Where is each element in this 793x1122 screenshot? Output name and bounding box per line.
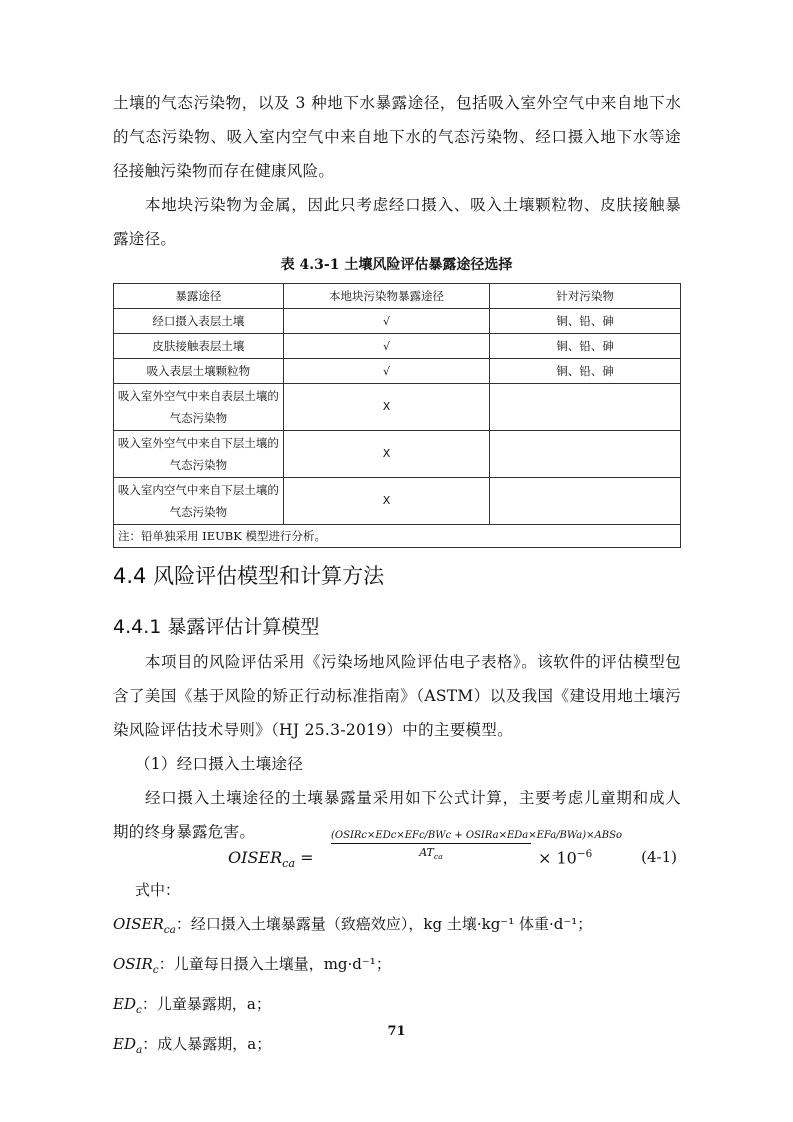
cell-pathway: 吸入室外空气中来自表层土壤的 气态污染物	[114, 384, 284, 431]
table-row: 吸入室内空气中来自下层土壤的 气态污染物 X	[114, 478, 681, 525]
cell-pathway-line2: 气态污染物	[114, 454, 283, 476]
intro-paragraph-1: 土壤的气态污染物，以及 3 种地下水暴露途径，包括吸入室外空气中来自地下水的气态…	[113, 86, 681, 188]
cell-pathway: 吸入室外空气中来自下层土壤的 气态污染物	[114, 431, 284, 478]
intro-paragraph-2: 本地块污染物为金属，因此只考虑经口摄入、吸入土壤颗粒物、皮肤接触暴露途径。	[113, 188, 681, 256]
cell-pathway: 经口摄入表层土壤	[114, 309, 284, 334]
table-note-row: 注：铅单独采用 IEUBK 模型进行分析。	[114, 525, 681, 548]
cell-pollutants: 铜、铅、砷	[490, 359, 681, 384]
cell-selected: √	[283, 359, 490, 384]
formula-lhs: OISERca =	[228, 848, 314, 870]
header-pollutants: 针对污染物	[490, 284, 681, 309]
definition-item: EDc：儿童暴露期，a；	[113, 987, 681, 1027]
definition-item: OISERca：经口摄入土壤暴露量（致癌效应），kg 土壤·kg⁻¹ 体重·d⁻…	[113, 907, 681, 947]
cell-pathway: 皮肤接触表层土壤	[114, 334, 284, 359]
cell-selected: X	[283, 478, 490, 525]
cell-pathway-line2: 气态污染物	[114, 407, 283, 429]
definitions-intro: 式中：	[113, 873, 681, 907]
cell-pollutants	[490, 431, 681, 478]
cell-selected: √	[283, 334, 490, 359]
section-heading-4-4: 4.4 风险评估模型和计算方法	[113, 560, 384, 590]
cell-selected: √	[283, 309, 490, 334]
header-pathway: 暴露途径	[114, 284, 284, 309]
cell-pathway: 吸入表层土壤颗粒物	[114, 359, 284, 384]
table-caption: 表 4.3-1 土壤风险评估暴露途径选择	[0, 254, 793, 274]
document-page: 土壤的气态污染物，以及 3 种地下水暴露途径，包括吸入室外空气中来自地下水的气态…	[0, 0, 793, 1122]
formula-denominator: ATca	[331, 844, 531, 861]
definition-item: OSIRc：儿童每日摄入土壤量，mg·d⁻¹；	[113, 947, 681, 987]
cell-pollutants	[490, 478, 681, 525]
model-description-paragraph: 本项目的风险评估采用《污染场地风险评估电子表格》。该软件的评估模型包含了美国《基…	[113, 645, 681, 747]
cell-pathway-line1: 吸入室内空气中来自下层土壤的	[114, 479, 283, 501]
cell-pathway-line1: 吸入室外空气中来自表层土壤的	[114, 385, 283, 407]
table-note: 注：铅单独采用 IEUBK 模型进行分析。	[114, 525, 681, 548]
cell-pollutants	[490, 384, 681, 431]
page-number: 71	[0, 1024, 793, 1039]
cell-pollutants: 铜、铅、砷	[490, 309, 681, 334]
cell-pathway: 吸入室内空气中来自下层土壤的 气态污染物	[114, 478, 284, 525]
table-row: 吸入室外空气中来自下层土壤的 气态污染物 X	[114, 431, 681, 478]
table-row: 皮肤接触表层土壤 √ 铜、铅、砷	[114, 334, 681, 359]
section-heading-4-4-1: 4.4.1 暴露评估计算模型	[113, 612, 319, 639]
formula-number: (4-1)	[641, 848, 677, 866]
table-header-row: 暴露途径 本地块污染物暴露途径 针对污染物	[114, 284, 681, 309]
table-row: 经口摄入表层土壤 √ 铜、铅、砷	[114, 309, 681, 334]
pathway-item-1: （1）经口摄入土壤途径	[113, 747, 681, 781]
formula-fraction: (OSIRc×EDc×EFc/BWc + OSIRa×EDa×EFa/BWa)×…	[331, 830, 531, 861]
cell-pollutants: 铜、铅、砷	[490, 334, 681, 359]
cell-pathway-line1: 吸入室外空气中来自下层土壤的	[114, 432, 283, 454]
table-row: 吸入室外空气中来自表层土壤的 气态污染物 X	[114, 384, 681, 431]
formula-numerator: (OSIRc×EDc×EFc/BWc + OSIRa×EDa×EFa/BWa)×…	[331, 830, 531, 844]
cell-selected: X	[283, 384, 490, 431]
exposure-pathway-table: 暴露途径 本地块污染物暴露途径 针对污染物 经口摄入表层土壤 √ 铜、铅、砷 皮…	[113, 283, 681, 548]
header-site-pathway: 本地块污染物暴露途径	[283, 284, 490, 309]
table-row: 吸入表层土壤颗粒物 √ 铜、铅、砷	[114, 359, 681, 384]
cell-selected: X	[283, 431, 490, 478]
cell-pathway-line2: 气态污染物	[114, 501, 283, 523]
formula-multiplier: × 10−6	[538, 848, 592, 867]
